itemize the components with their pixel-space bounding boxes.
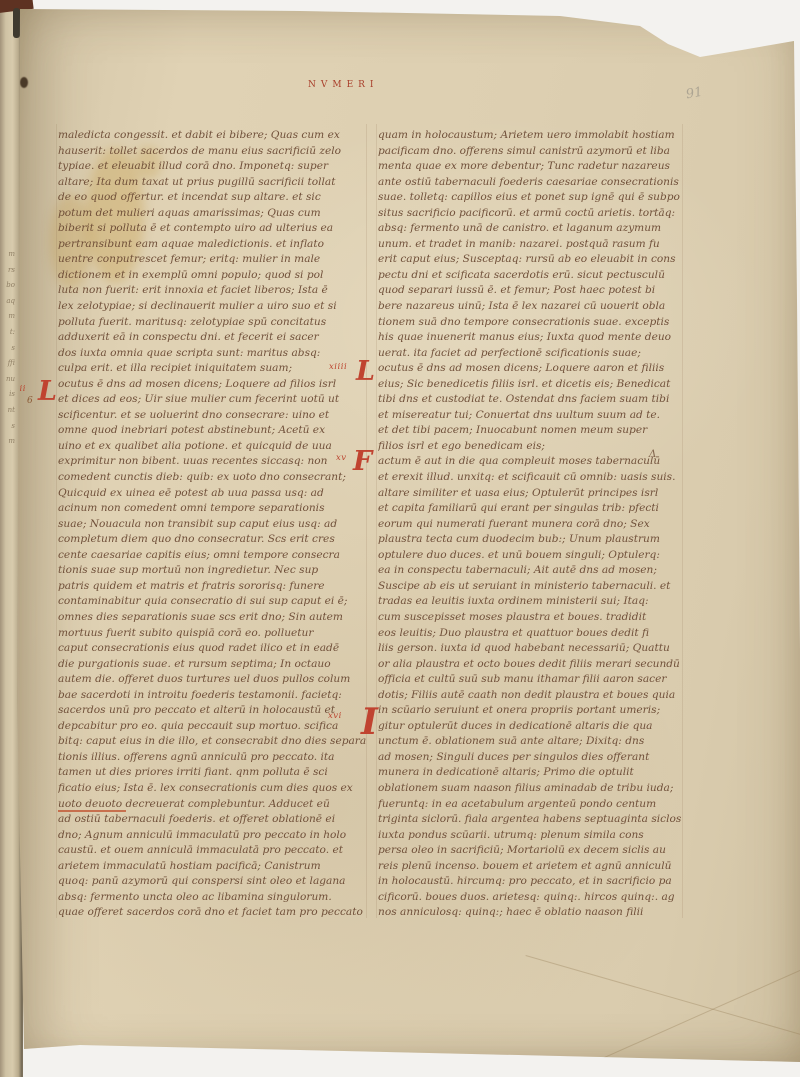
rubric-initial-F: F — [353, 448, 372, 475]
manuscript-text-line: Quicquid ex uinea eē potest ab uua passa… — [58, 486, 366, 502]
facing-page-fragment: nu — [1, 375, 15, 383]
manuscript-text-line: or alia plaustra et octo boues dedit fil… — [378, 657, 686, 673]
manuscript-text-line: omne quod inebriari potest abstinebunt; … — [58, 423, 366, 439]
manuscript-text-line: ad mosen; Singuli duces per singulos die… — [378, 750, 686, 766]
manuscript-text-line: lex zelotypiae; si declinauerit mulier a… — [58, 299, 366, 315]
manuscript-text-line: liis gerson. iuxta id quod habebant nece… — [378, 641, 686, 657]
manuscript-text-line: bae sacerdoti in introitu foederis testa… — [58, 688, 366, 704]
facing-page-fragment: m — [1, 312, 15, 320]
manuscript-text-line: uino et ex qualibet alia potione. et qui… — [58, 439, 366, 455]
manuscript-text-line: completum diem quo dno consecratur. Scs … — [58, 532, 366, 548]
manuscript-text-line: eos leuitis; Duo plaustra et quattuor bo… — [378, 626, 686, 642]
manuscript-text-line: tionis suae sup mortuū non ingredietur. … — [58, 563, 366, 579]
manuscript-text-line: quae offeret sacerdos corā dno et faciet… — [58, 905, 366, 921]
manuscript-text-line: depcabitur pro eo. quia peccauit sup mor… — [58, 719, 366, 735]
manuscript-text-line: quoq: panū azymorū qui conspersi sint ol… — [58, 874, 366, 890]
manuscript-text-line: comedent cunctis dieb: quib: ex uoto dno… — [58, 470, 366, 486]
manuscript-text-line: ocutus ē dns ad mosen dicens; Loquere ad… — [58, 377, 366, 393]
manuscript-text-line: in holocaustū. hircumq: pro peccato, et … — [378, 874, 686, 890]
inner-pencil-number: 91 — [685, 85, 704, 103]
manuscript-text-line: unctum ē. oblationem suā ante altare; Di… — [378, 734, 686, 750]
text-column-right: quam in holocaustum; Arietem uero immola… — [378, 128, 686, 921]
manuscript-text-line: adduxerit eā in conspectu dni. et feceri… — [58, 330, 366, 346]
manuscript-text-line: de eo quod offertur. et incendat sup alt… — [58, 190, 366, 206]
facing-page-fragment: s — [1, 344, 15, 352]
facing-page-fragment: ffi — [1, 359, 15, 367]
manuscript-text-line: plaustra tecta cum duodecim bub:; Unum p… — [378, 532, 686, 548]
rubric-initial-L: L — [38, 378, 57, 405]
facing-page-fragment: rs — [1, 266, 15, 274]
chapter-number-margin: xiiii — [329, 362, 347, 372]
manuscript-text-line: officia et cultū suū sub manu ithamar fi… — [378, 672, 686, 688]
manuscript-text-line: ea in conspectu tabernaculi; Ait autē dn… — [378, 563, 686, 579]
quire-mark: 6 — [27, 396, 33, 406]
manuscript-text-line: hauserit: tollet sacerdos de manu eius s… — [58, 144, 366, 160]
gutter-shadow-notch — [13, 8, 20, 38]
manuscript-text-line: culpa erit. et illa recipiet iniquitatem… — [58, 361, 366, 377]
manuscript-text-line: suae; Nouacula non transibit sup caput e… — [58, 517, 366, 533]
manuscript-text-line: omnes dies separationis suae scs erit dn… — [58, 610, 366, 626]
ruling-line — [56, 124, 57, 918]
manuscript-text-line: Suscipe ab eis ut seruiant in ministerio… — [378, 579, 686, 595]
rubric-initial-I: I — [361, 704, 378, 740]
wormhole-spot — [20, 77, 28, 88]
manuscript-text-line: ficatio eius; Ista ē. lex consecrationis… — [58, 781, 366, 797]
manuscript-text-line: die purgationis suae. et rursum septima;… — [58, 657, 366, 673]
manuscript-text-line: et dices ad eos; Uir siue mulier cum fec… — [58, 392, 366, 408]
running-title: NVMERI — [308, 80, 379, 90]
manuscript-text-line: iuxta pondus scūarii. utrumq: plenum sim… — [378, 828, 686, 844]
manuscript-text-line: quod separari iussū ē. et femur; Post ha… — [378, 283, 686, 299]
manuscript-text-line: mortuus fuerit subito quispiā corā eo. p… — [58, 626, 366, 642]
manuscript-text-line: pacificam dno. offerens simul canistrū a… — [378, 144, 686, 160]
manuscript-text-line: absq: fermento uncta oleo ac libamina si… — [58, 890, 366, 906]
manuscript-text-line: triginta siclorū. fiala argentea habens … — [378, 812, 686, 828]
manuscript-text-line: tionis illius. offerens agnū anniculū pr… — [58, 750, 366, 766]
manuscript-text-line: munera in dedicationē altaris; Primo die… — [378, 765, 686, 781]
manuscript-text-line: potum det mulieri aquas amarissimas; Qua… — [58, 206, 366, 222]
manuscript-text-line: dno; Agnum anniculū immaculatū pro pecca… — [58, 828, 366, 844]
manuscript-text-line: tibi dns et custodiat te. Ostendat dns f… — [378, 392, 686, 408]
manuscript-scan: { "header": { "running_title": "NVMERI",… — [0, 0, 800, 1077]
manuscript-text-line: caput consecrationis eius quod radet ili… — [58, 641, 366, 657]
folio-number: 51 — [753, 19, 769, 34]
chapter-number-margin: xvi — [328, 711, 342, 721]
facing-page-fragment: aq — [1, 297, 15, 305]
manuscript-text-line: menta quae ex more debentur; Tunc radetu… — [378, 159, 686, 175]
ruling-line — [376, 124, 377, 918]
manuscript-text-line: exprimitur non bibent. uuas recentes sic… — [58, 454, 366, 470]
manuscript-text-line: pertransibunt eam aquae maledictionis. e… — [58, 237, 366, 253]
parchment-leaf: NVMERI 51 91 45 maledicta congessit. et … — [0, 0, 800, 1077]
rubric-underline-mark — [58, 810, 126, 812]
manuscript-text-line: filios isrl et ego benedicam eis; — [378, 439, 686, 455]
manuscript-text-line: ad ostiū tabernaculi foederis. et offere… — [58, 812, 366, 828]
manuscript-text-line: cum suscepisset moses plaustra et boues.… — [378, 610, 686, 626]
manuscript-text-line: gitur optulerūt duces in dedicationē alt… — [378, 719, 686, 735]
manuscript-text-line: tradas ea leuitis iuxta ordinem minister… — [378, 594, 686, 610]
manuscript-text-line: optulere duo duces. et unū bouem singuli… — [378, 548, 686, 564]
manuscript-text-line: fueruntq: in ea acetabulum argenteū pond… — [378, 797, 686, 813]
manuscript-text-line: luta non fuerit: erit innoxia et faciet … — [58, 283, 366, 299]
manuscript-text-line: et capita familiarū qui erant per singul… — [378, 501, 686, 517]
manuscript-text-line: cente caesariae capitis eius; omni tempo… — [58, 548, 366, 564]
manuscript-text-line: maledicta congessit. et dabit ei bibere;… — [58, 128, 366, 144]
manuscript-text-line: uentre conputrescet femur; eritq: mulier… — [58, 252, 366, 268]
manuscript-text-line: his quae inuenerit manus eius; Iuxta quo… — [378, 330, 686, 346]
manuscript-text-line: pectu dni et scificata sacerdotis erū. s… — [378, 268, 686, 284]
manuscript-text-line: contaminabitur quia consecratio di sui s… — [58, 594, 366, 610]
manuscript-text-line: erit caput eius; Susceptaq: rursū ab eo … — [378, 252, 686, 268]
manuscript-text-line: bitq: caput eius in die illo, et consecr… — [58, 734, 366, 750]
facing-page-fragment: nt — [1, 406, 15, 414]
manuscript-text-line: altare similiter et uasa eius; Optulerūt… — [378, 486, 686, 502]
manuscript-text-line: et det tibi pacem; Inuocabunt nomen meum… — [378, 423, 686, 439]
margin-caret-mark: Λ — [649, 449, 656, 460]
manuscript-text-line: caustū. et ouem anniculā immaculatā pro … — [58, 843, 366, 859]
manuscript-text-line: cificorū. boues duos. arietesq: quinq:. … — [378, 890, 686, 906]
facing-page-fragment: s — [1, 422, 15, 430]
manuscript-text-line: patris quidem et matris et fratris soror… — [58, 579, 366, 595]
manuscript-text-line: eius; Sic benedicetis filiis isrl. et di… — [378, 377, 686, 393]
manuscript-text-line: actum ē aut in die qua compleuit moses t… — [378, 454, 686, 470]
manuscript-text-line: acinum non comedent omni tempore separat… — [58, 501, 366, 517]
manuscript-text-line: uerat. ita faciet ad perfectionē scifica… — [378, 346, 686, 362]
ruling-line — [366, 124, 367, 918]
manuscript-text-line: typiae. et eleuabit illud corā dno. Impo… — [58, 159, 366, 175]
manuscript-text-line: situs sacrificio pacificorū. et armū coc… — [378, 206, 686, 222]
manuscript-text-line: tamen ut dies priores irriti fiant. qnm … — [58, 765, 366, 781]
manuscript-text-line: dotis; Filiis autē caath non dedit plaus… — [378, 688, 686, 704]
manuscript-text-line: eorum qui numerati fuerant munera corā d… — [378, 517, 686, 533]
facing-page-fragment: is — [1, 390, 15, 398]
manuscript-text-line: ante ostiū tabernaculi foederis caesaria… — [378, 175, 686, 191]
facing-page-fragment: t: — [1, 328, 15, 336]
facing-page-fragment: m — [1, 437, 15, 445]
manuscript-text-line: bere nazareus uinū; Ista ē lex nazarei c… — [378, 299, 686, 315]
text-column-left: maledicta congessit. et dabit ei bibere;… — [58, 128, 366, 921]
manuscript-text-line: polluta fuerit. maritusq: zelotypiae spū… — [58, 315, 366, 331]
manuscript-text-line: altare; Ita dum taxat ut prius pugillū s… — [58, 175, 366, 191]
manuscript-text-line: in scūario seruiunt et onera propriis po… — [378, 703, 686, 719]
manuscript-text-line: oblationem suam naason filius aminadab d… — [378, 781, 686, 797]
manuscript-text-line: dictionem et in exemplū omni populo; quo… — [58, 268, 366, 284]
manuscript-text-line: persa oleo in sacrificiū; Mortariolū ex … — [378, 843, 686, 859]
manuscript-text-line: arietem immaculatū hostiam pacificā; Can… — [58, 859, 366, 875]
manuscript-text-line: autem die. offeret duos turtures uel duo… — [58, 672, 366, 688]
manuscript-text-line: et erexit illud. unxitq: et scificauit c… — [378, 470, 686, 486]
manuscript-text-line: absq: fermento unā de canistro. et lagan… — [378, 221, 686, 237]
manuscript-text-line: unum. et tradet in manib: nazarei. postq… — [378, 237, 686, 253]
manuscript-text-line: dos iuxta omnia quae scripta sunt: marit… — [58, 346, 366, 362]
manuscript-text-line: ocutus ē dns ad mosen dicens; Loquere aa… — [378, 361, 686, 377]
manuscript-text-line: suae. tolletq: capillos eius et ponet su… — [378, 190, 686, 206]
manuscript-text-line: biberit si polluta ē et contempto uiro a… — [58, 221, 366, 237]
manuscript-text-line: tionem suā dno tempore consecrationis su… — [378, 315, 686, 331]
chapter-number-margin: xv — [336, 453, 347, 463]
rubric-initial-L: L — [356, 358, 375, 385]
facing-page-fragment: m — [1, 250, 15, 258]
facing-page-fragment: bo — [1, 281, 15, 289]
manuscript-text-line: et misereatur tui; Conuertat dns uultum … — [378, 408, 686, 424]
manuscript-text-line: reis plenū incenso. bouem et arietem et … — [378, 859, 686, 875]
manuscript-text-line: quam in holocaustum; Arietem uero immola… — [378, 128, 686, 144]
manuscript-text-line: sacerdos unū pro peccato et alterū in ho… — [58, 703, 366, 719]
manuscript-text-line: scificentur. et se uoluerint dno consecr… — [58, 408, 366, 424]
manuscript-text-line: nos anniculosq: quinq:; haec ē oblatio n… — [378, 905, 686, 921]
